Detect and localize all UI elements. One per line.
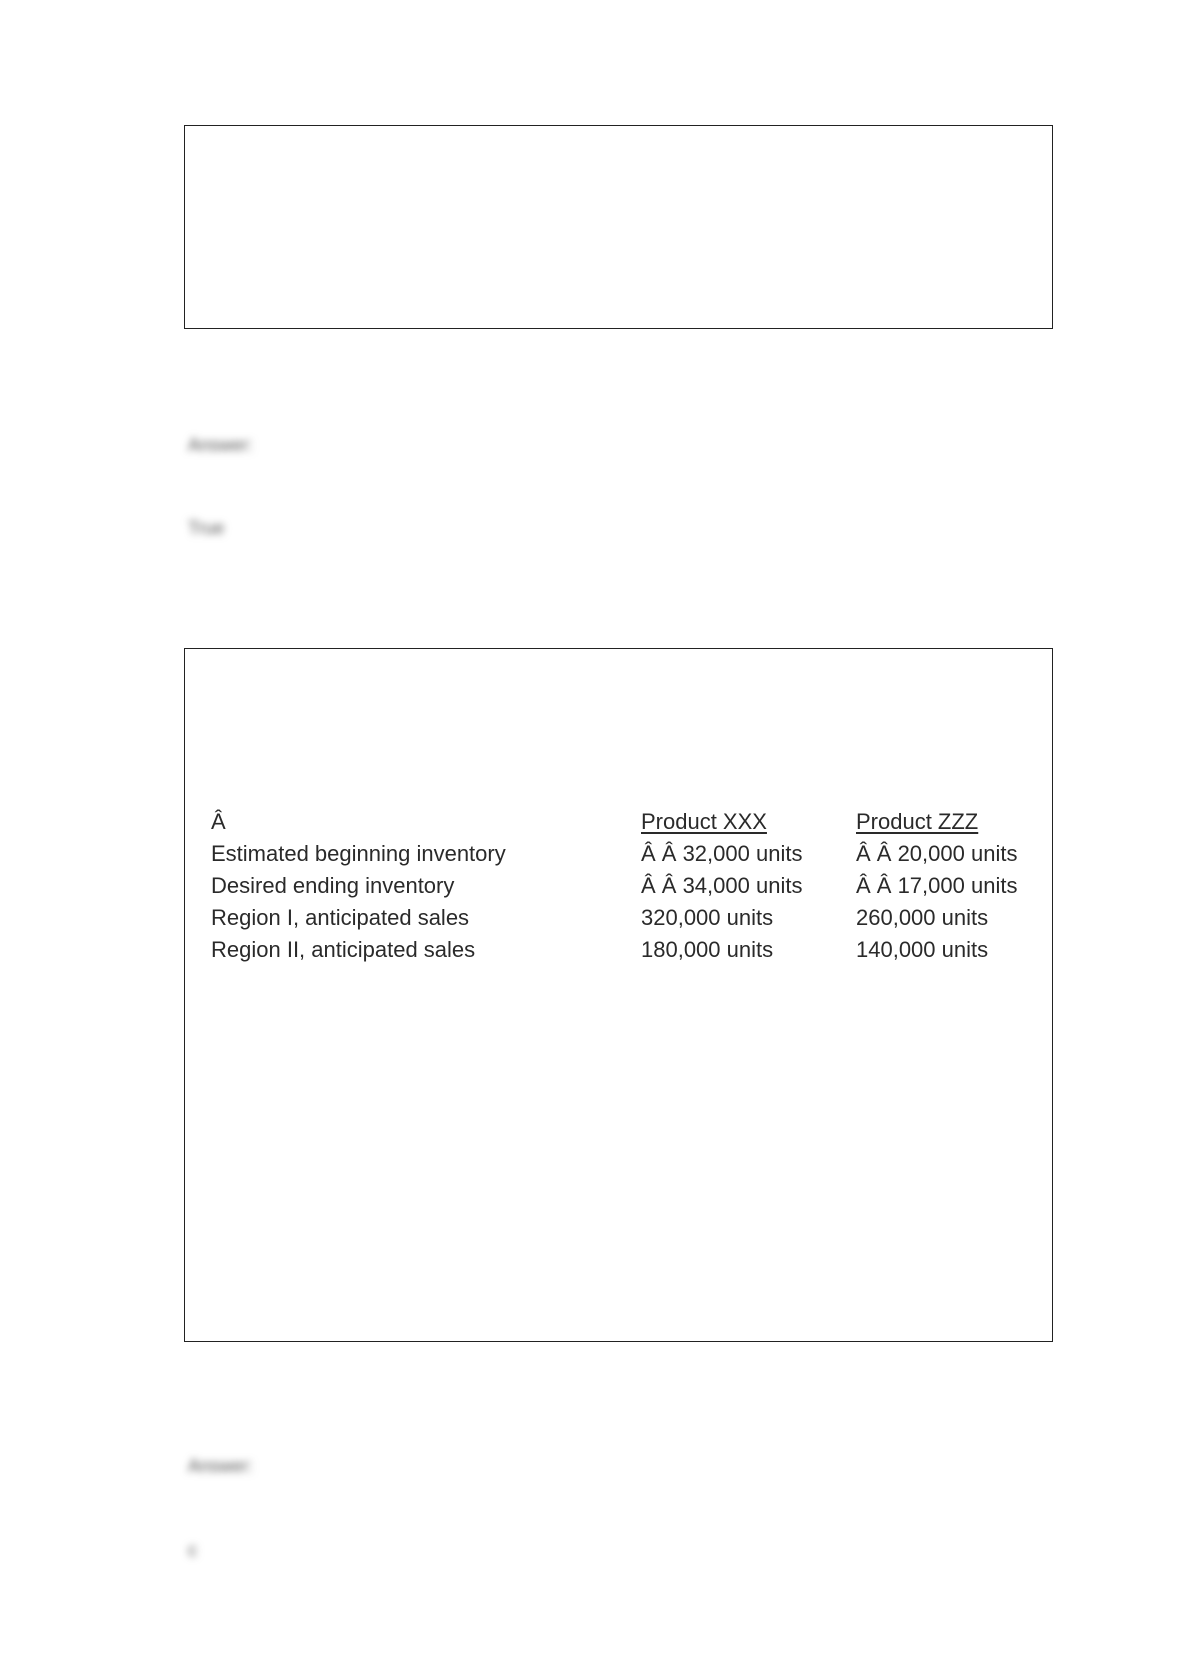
- row-label: Desired ending inventory: [211, 870, 454, 902]
- row-value-zzz: 140,000 units: [856, 934, 988, 966]
- table-header-blank: Â: [211, 806, 226, 838]
- table-header-product-xxx: Product XXX: [641, 806, 767, 838]
- table-header-product-zzz: Product ZZZ: [856, 806, 978, 838]
- row-value-xxx: 320,000 units: [641, 902, 773, 934]
- answer-value-1: True: [188, 518, 224, 539]
- row-value-zzz: 260,000 units: [856, 902, 988, 934]
- question-1-box: [184, 125, 1053, 329]
- row-value-xxx: Â Â 32,000 units: [641, 838, 802, 870]
- answer-value-2: c: [188, 1540, 197, 1561]
- row-label: Region II, anticipated sales: [211, 934, 475, 966]
- row-value-xxx: Â Â 34,000 units: [641, 870, 802, 902]
- answer-label-2: Answer:: [188, 1456, 253, 1477]
- question-2-box: [184, 648, 1053, 1342]
- row-value-zzz: Â Â 17,000 units: [856, 870, 1017, 902]
- answer-label-1: Answer:: [188, 435, 253, 456]
- row-value-zzz: Â Â 20,000 units: [856, 838, 1017, 870]
- row-label: Region I, anticipated sales: [211, 902, 469, 934]
- row-label: Estimated beginning inventory: [211, 838, 506, 870]
- row-value-xxx: 180,000 units: [641, 934, 773, 966]
